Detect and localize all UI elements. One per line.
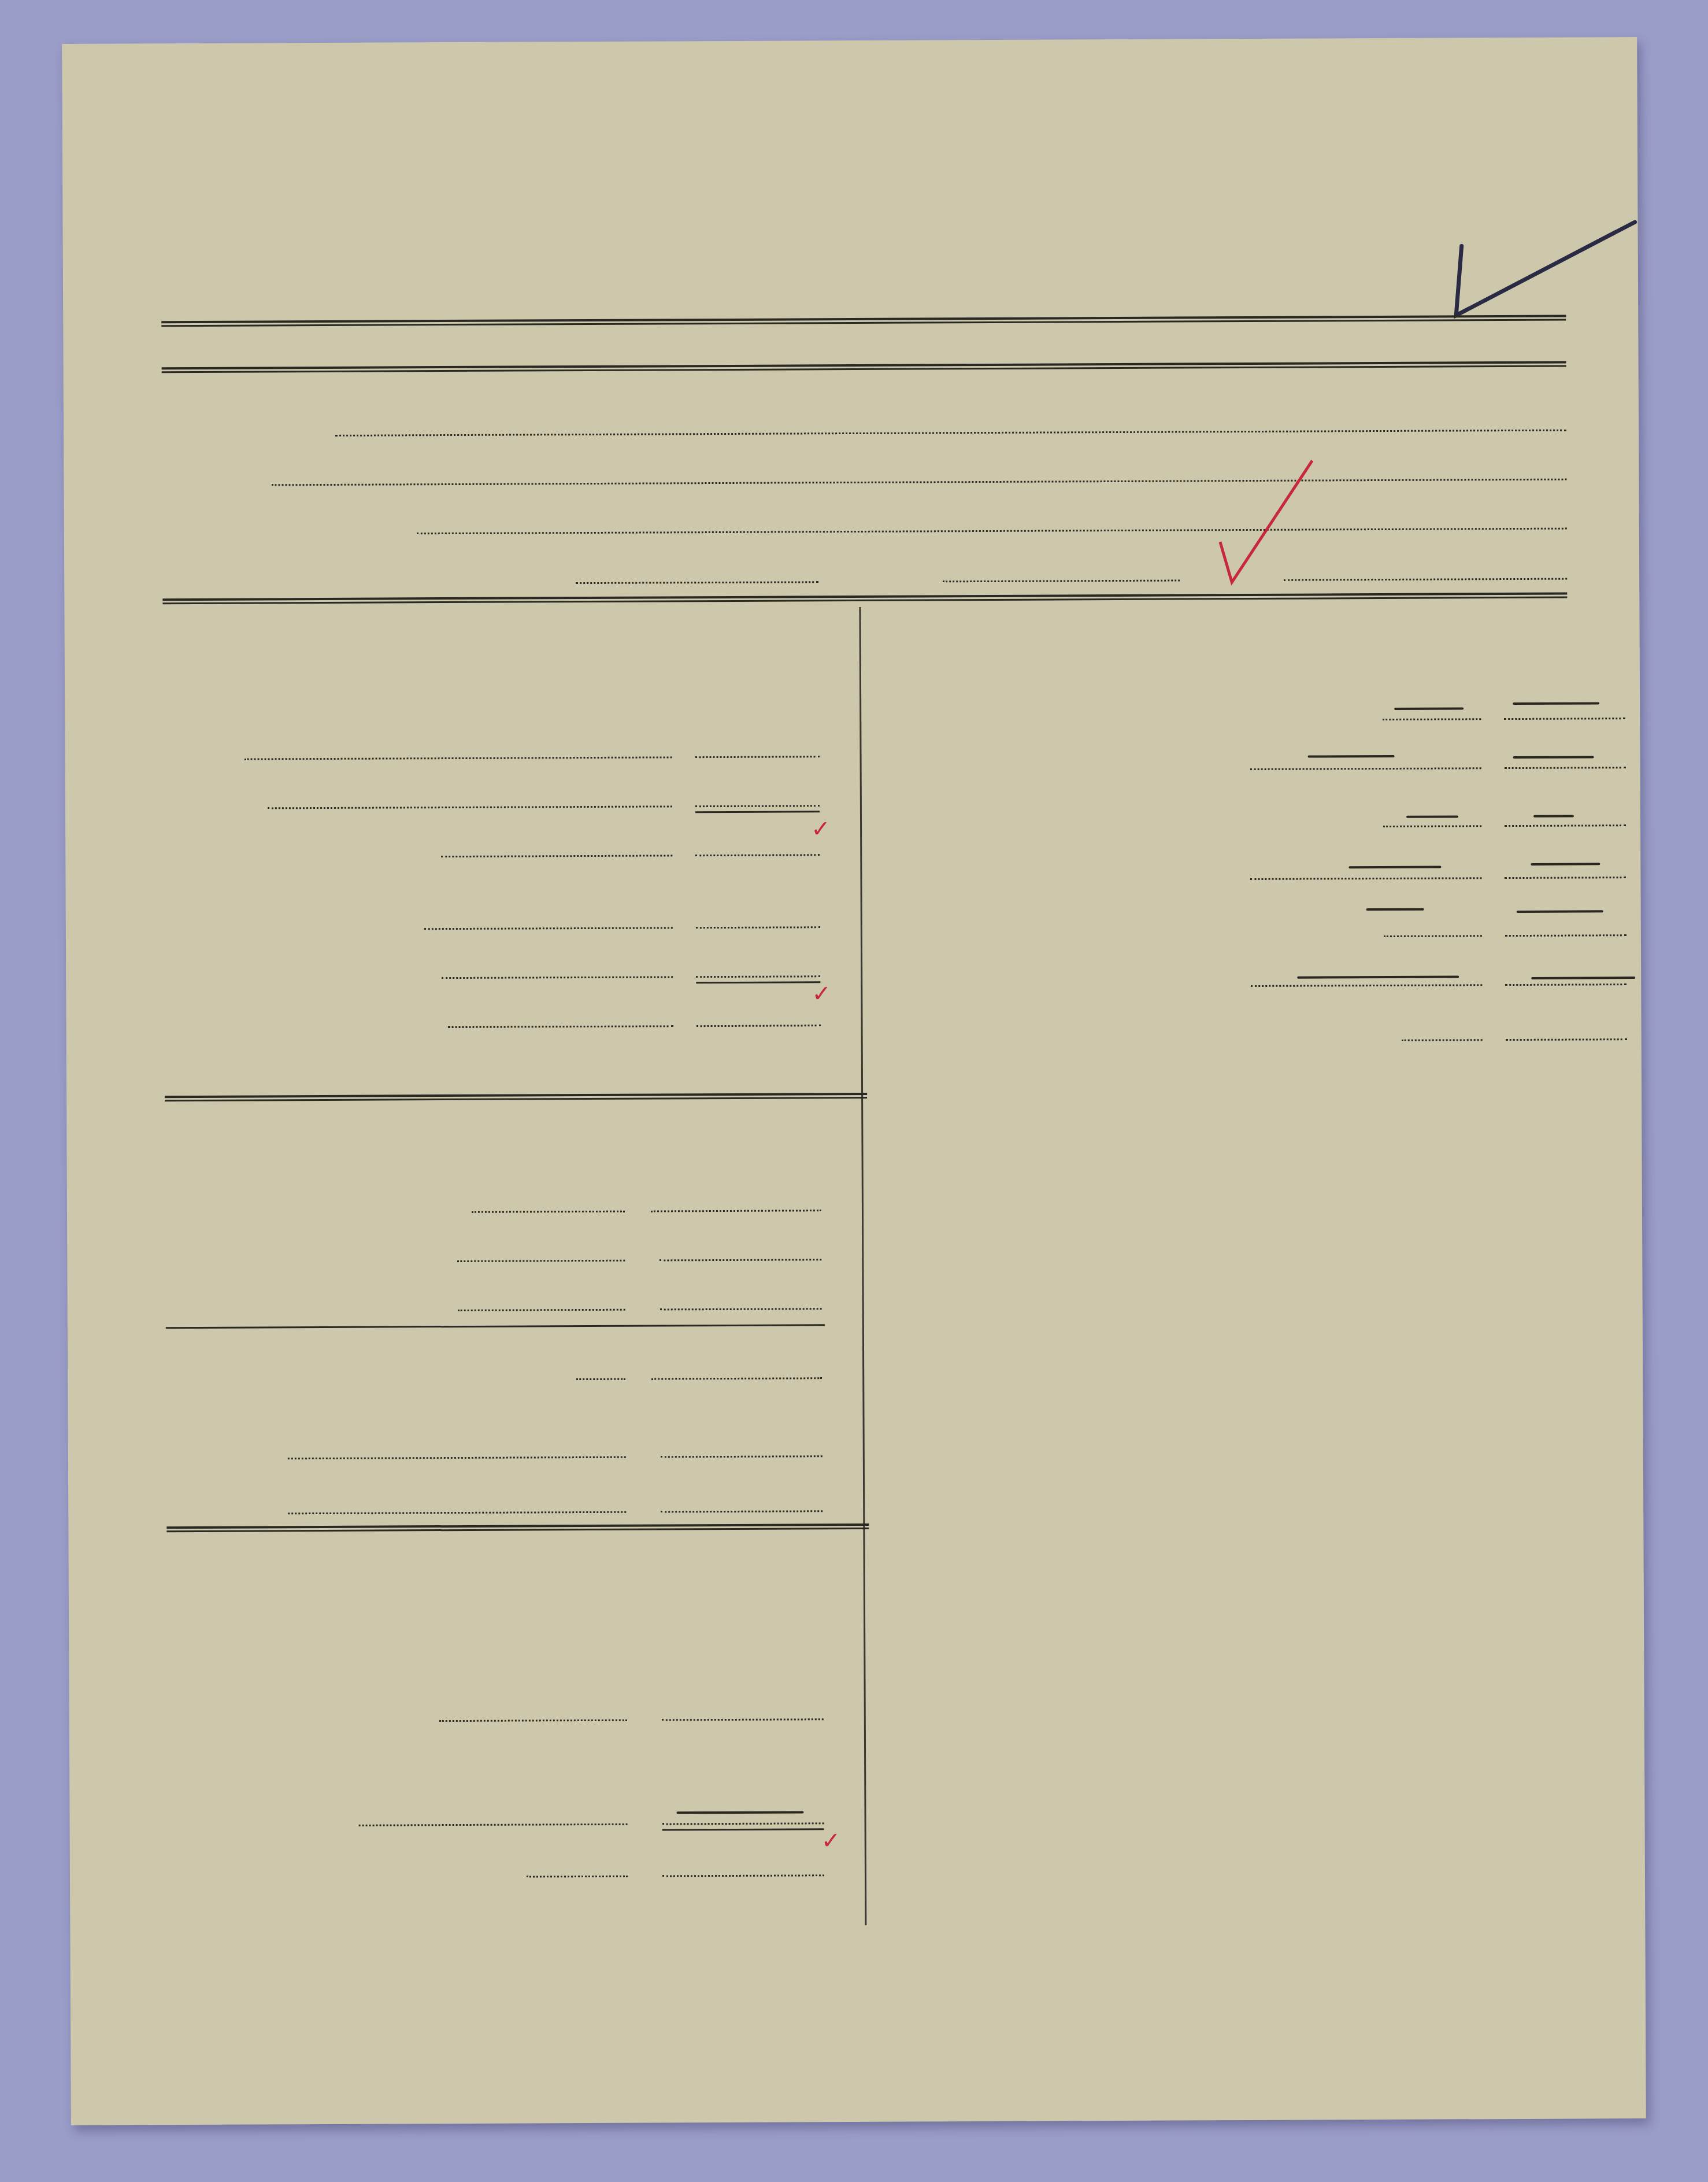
answer-line	[696, 926, 820, 929]
divider	[161, 315, 1566, 327]
q20-field-2[interactable]	[1517, 910, 1603, 913]
red-checkmark-icon	[1208, 454, 1324, 594]
membership-subtitle	[163, 648, 857, 650]
answer-line	[696, 1025, 821, 1027]
answer-line	[1402, 1039, 1483, 1041]
dotted-line	[272, 479, 1566, 486]
dotted-line	[359, 1824, 628, 1826]
instruction-banner	[205, 326, 1496, 331]
q20-field-1[interactable]	[1366, 908, 1424, 911]
answer-line	[1506, 1038, 1627, 1041]
q17-field-2[interactable]	[1513, 756, 1594, 759]
dotted-line	[417, 528, 1567, 535]
dotted-line	[442, 976, 673, 979]
q18-field-1[interactable]	[1406, 815, 1458, 818]
buildings-subtitle	[165, 1148, 859, 1151]
answer-line	[695, 756, 820, 758]
dotted-line	[244, 756, 672, 760]
census-schedule-paper: ✓ ✓	[62, 37, 1646, 2125]
sum-line	[695, 811, 820, 813]
sum-line	[696, 981, 820, 983]
answer-line	[1250, 767, 1481, 770]
answer-line	[661, 1510, 822, 1512]
answer-line	[1505, 934, 1627, 937]
expenditures-title	[167, 1544, 861, 1547]
membership-title	[163, 619, 857, 622]
schools-subtitle	[874, 648, 1568, 650]
answer-line	[660, 1259, 821, 1261]
schools-title	[874, 616, 1568, 619]
answer-line	[696, 975, 820, 978]
answer-line	[695, 854, 820, 856]
dotted-line	[448, 1025, 673, 1028]
red-check-icon: ✓	[812, 980, 831, 1007]
divider	[166, 1324, 825, 1329]
dotted-line	[288, 1456, 626, 1460]
dotted-line	[576, 581, 818, 584]
expenditures-subtitle	[167, 1578, 861, 1581]
q16-field-1[interactable]	[1394, 707, 1464, 710]
dotted-line	[439, 1719, 627, 1722]
q19-field-1[interactable]	[1348, 866, 1441, 869]
answer-line	[662, 1718, 824, 1721]
answer-line	[1505, 983, 1627, 986]
dotted-line	[268, 805, 672, 809]
answer-line	[695, 805, 820, 807]
q16-field-2[interactable]	[1513, 702, 1599, 705]
dotted-line	[527, 1876, 628, 1878]
q21-field-1[interactable]	[1297, 975, 1459, 978]
dotted-line	[335, 430, 1566, 437]
checkmark-icon	[1450, 210, 1658, 327]
answer-line	[1505, 877, 1626, 879]
dotted-line	[457, 1260, 625, 1262]
answer-line	[651, 1377, 822, 1380]
q18-field-2[interactable]	[1533, 815, 1574, 818]
dotted-line	[472, 1211, 625, 1213]
answer-line	[662, 1874, 824, 1877]
answer-line	[660, 1308, 822, 1310]
divider	[162, 593, 1567, 605]
answer-line	[662, 1822, 824, 1825]
answer-line	[1384, 935, 1482, 937]
dotted-line	[1284, 578, 1567, 581]
buildings-title	[165, 1113, 858, 1116]
divider	[165, 1093, 867, 1101]
dotted-line	[424, 927, 673, 930]
red-check-icon: ✓	[821, 1827, 841, 1854]
red-check-icon: ✓	[811, 815, 831, 842]
divider	[162, 361, 1566, 373]
q17-field-1[interactable]	[1308, 755, 1395, 758]
answer-line	[1504, 718, 1625, 720]
membership-note	[159, 1041, 835, 1044]
dotted-line	[458, 1309, 625, 1311]
answer-line	[1383, 718, 1481, 720]
answer-line	[651, 1210, 821, 1212]
answer-line	[1251, 984, 1482, 987]
dotted-line	[288, 1511, 626, 1515]
answer-line	[1250, 877, 1481, 880]
column-divider	[859, 607, 866, 1925]
dotted-line	[943, 580, 1180, 583]
membership-subtitle	[163, 674, 857, 676]
answer-line	[1505, 767, 1626, 769]
dotted-line	[441, 855, 672, 857]
form-title	[62, 187, 1637, 194]
q14-field[interactable]	[677, 1811, 804, 1814]
dotted-line	[576, 1378, 625, 1380]
answer-line	[1383, 825, 1481, 827]
answer-line	[661, 1455, 822, 1458]
divider	[166, 1523, 869, 1532]
sum-line	[662, 1828, 824, 1830]
q19-field-2[interactable]	[1531, 863, 1600, 866]
q21-field-2[interactable]	[1531, 977, 1635, 979]
schedule-year	[63, 242, 1638, 249]
answer-line	[1505, 824, 1626, 827]
